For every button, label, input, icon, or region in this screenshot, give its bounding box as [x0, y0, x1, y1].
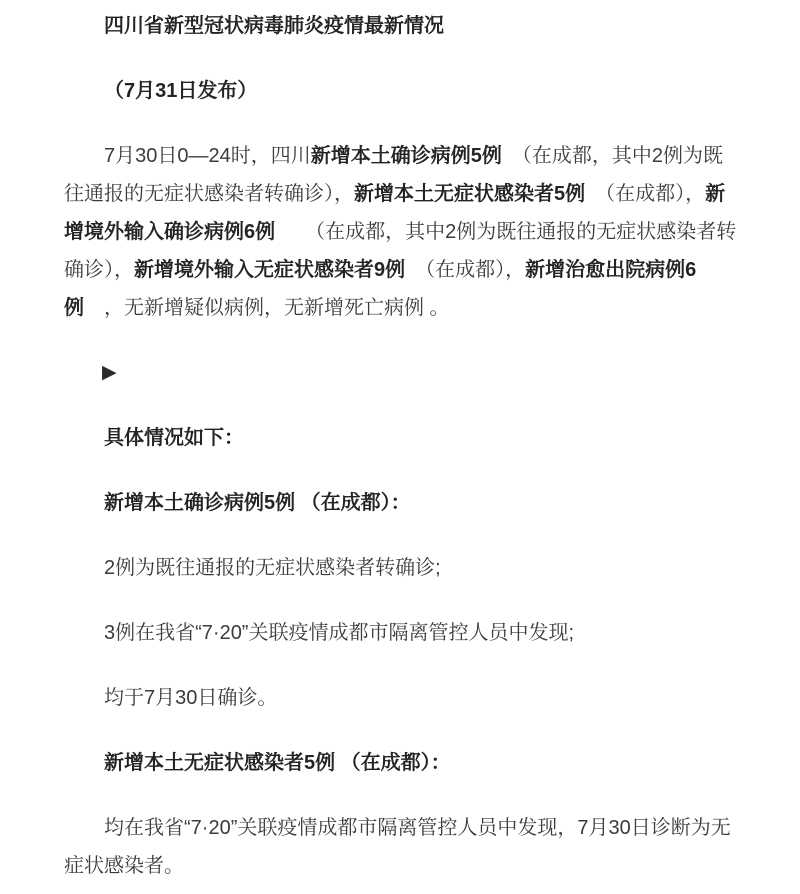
text-segment: 2例为既往通报的无症状感染者转确诊; [104, 557, 441, 579]
text-segment: （在成都）， [585, 183, 705, 205]
publish-date: （7月31日发布） [64, 72, 742, 110]
heading-local-asymptomatic-cases: 新增本土无症状感染者5例 （在成都）： [64, 744, 742, 782]
stat-bold-segment: 新增本土确诊病例5例 [311, 145, 502, 167]
detail-quarantine-found-cases: 3例在我省“7·20”关联疫情成都市隔离管控人员中发现; [64, 614, 742, 652]
stat-bold-segment: 具体情况如下： [104, 427, 244, 449]
play-icon[interactable]: ▶ [102, 362, 117, 383]
article-title: 四川省新型冠状病毒肺炎疫情最新情况 [64, 7, 742, 45]
text-segment: 3例在我省“7·20”关联疫情成都市隔离管控人员中发现; [104, 622, 574, 644]
detail-converted-cases: 2例为既往通报的无症状感染者转确诊; [64, 549, 742, 587]
stat-bold-segment: 新增本土无症状感染者5例 [354, 183, 585, 205]
article-body: 7月30日0—24时，四川新增本土确诊病例5例 （在成都，其中2例为既往通报的无… [64, 137, 742, 885]
stat-bold-segment: 新增境外输入无症状感染者9例 [134, 259, 405, 281]
text-segment: 均于7月30日确诊。 [104, 687, 277, 709]
stat-bold-segment: 新增本土无症状感染者5例 （在成都）： [104, 752, 451, 774]
text-segment: 7月30日0—24时，四川 [104, 145, 311, 167]
article-page: 四川省新型冠状病毒肺炎疫情最新情况 （7月31日发布） 7月30日0—24时，四… [0, 0, 800, 885]
section-heading-details: 具体情况如下： [64, 419, 742, 457]
detail-confirm-date: 均于7月30日确诊。 [64, 679, 742, 717]
text-segment: 均在我省“7·20”关联疫情成都市隔离管控人员中发现，7月30日诊断为无症状感染… [64, 817, 731, 877]
heading-local-confirmed-cases: 新增本土确诊病例5例 （在成都）： [64, 484, 742, 522]
text-segment: （在成都）， [405, 259, 525, 281]
text-segment: ，无新增疑似病例，无新增死亡病例 。 [84, 297, 450, 319]
detail-asymptomatic-found: 均在我省“7·20”关联疫情成都市隔离管控人员中发现，7月30日诊断为无症状感染… [64, 809, 742, 885]
play-marker[interactable]: ▶ [64, 354, 742, 392]
summary-paragraph: 7月30日0—24时，四川新增本土确诊病例5例 （在成都，其中2例为既往通报的无… [64, 137, 742, 327]
stat-bold-segment: 新增本土确诊病例5例 （在成都）： [104, 492, 411, 514]
